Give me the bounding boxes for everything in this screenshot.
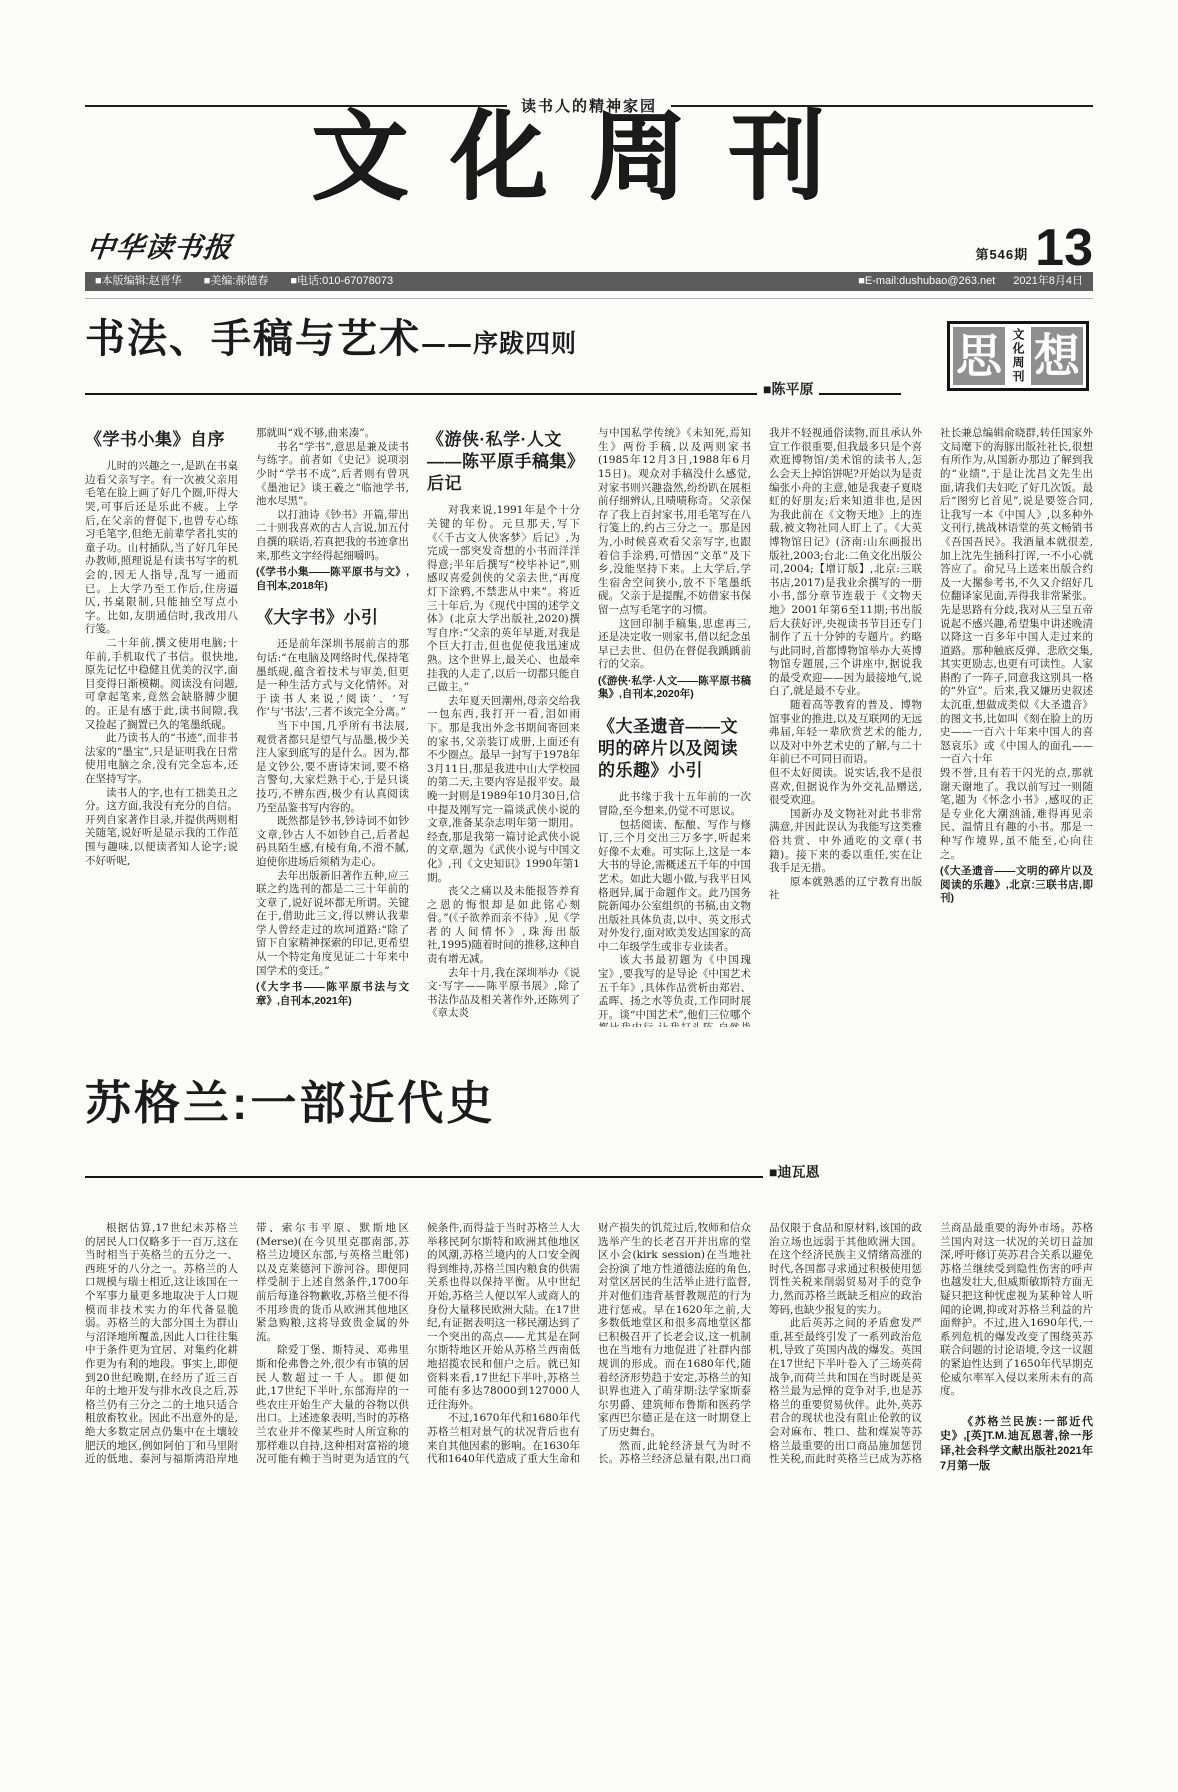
article-paragraph: 随着高等教育的普及、博物馆事业的推进,以及互联网的无远弗届,年轻一辈欣赏艺术的能… — [769, 699, 922, 767]
book-citation: (《游侠·私学·人文——陈平原书稿集》,自刊本,2020年) — [598, 675, 751, 702]
book-citation: (《大圣遗音——文明的碎片以及阅读的乐趣》,北京:三联书店,即刊) — [940, 865, 1093, 906]
info-bar-left: ■本版编辑:赵晋华 ■美编:郝德春 ■电话:010-67078073 — [95, 275, 393, 288]
headline-rule-tail — [819, 375, 901, 395]
article-calligraphy: 书法、手稿与艺术——序跋四则 思 文化周刊 想 ■陈平原 《学书小集》自序儿时的… — [85, 315, 1093, 1027]
newspaper-page: 读书人的精神家园 文化周刊 中华读书报 第546期 13 ■本版编辑:赵晋华 ■… — [0, 0, 1178, 1792]
article-paragraph: 此乃读书人的“书迹”,而非书法家的“墨宝”,只是证明我在日常使用电脑之余,没有完… — [85, 732, 238, 786]
issue-block: 第546期 13 — [975, 227, 1093, 270]
book-citation: (《学书小集——陈平原书与文》,自刊本,2018年) — [256, 566, 409, 593]
badge-char-left: 思 — [953, 327, 1005, 385]
article-paragraph: 去年出版新旧著作五种,应三联之约选刊的都是二三十年前的文章了,说好说坏都无所谓。… — [256, 870, 409, 979]
article-paragraph: 儿时的兴趣之一,是趴在书桌边看父亲写字。有一次被父亲用毛笔在脸上画了好几个圈,吓… — [85, 460, 238, 637]
badge-vertical-wrap: 文化周刊 — [1007, 327, 1029, 385]
section-heading: 《学书小集》自序 — [85, 429, 238, 451]
article-columns: 《学书小集》自序儿时的兴趣之一,是趴在书桌边看父亲写字。有一次被父亲用毛笔在脸上… — [85, 427, 1093, 1027]
byline-rule-top: ■陈平原 — [85, 377, 1093, 395]
book-citation: 《苏格兰民族:一部近代史》,[英]T.M.迪瓦恩著,徐一彤译,社会科学文献出版社… — [940, 1415, 1093, 1473]
headline-rule — [85, 375, 757, 395]
article-paragraph: 社长兼总编辑俞晓群,转任国家外文局麾下的海豚出版社社长,很想有所作为,从国新办那… — [940, 427, 1093, 767]
section-heading: 《游侠·私学·人文——陈平原手稿集》后记 — [427, 429, 580, 495]
article-paragraph: 原本就熟悉的辽宁教育出版社 — [769, 876, 922, 903]
author-byline: ■迪瓦恩 — [763, 1165, 825, 1179]
article-column: 与中国私学传统》《未知死,焉知生》两份手稿,以及两则家书(1985年12月3日,… — [598, 427, 751, 1027]
info-bar: ■本版编辑:赵晋华 ■美编:郝德春 ■电话:010-67078073 ■E-ma… — [85, 272, 1093, 291]
article-paragraph: 与中国私学传统》《未知死,焉知生》两份手稿,以及两则家书(1985年12月3日,… — [598, 427, 751, 617]
article-title: 苏格兰:一部近代史 — [85, 1077, 1093, 1130]
author-byline: ■陈平原 — [757, 382, 819, 396]
email-info: ■E-mail:dushubao@263.net — [858, 275, 995, 288]
article-paragraph: 丧父之痛以及未能报答养育之恩的悔恨却是如此铭心刻骨。”(《子欲养而亲不待》,见《… — [427, 885, 580, 967]
book-citation: (《大字书——陈平原书法与文章》,自刊本,2021年) — [256, 981, 409, 1008]
page-divider — [85, 298, 1093, 299]
article-column: 我并不轻视通俗读物,而且承认外宣工作很重要,但我最多只是个喜欢逛博物馆/美术馆的… — [769, 427, 922, 1027]
section-heading: 《大圣遗音——文明的碎片以及阅读的乐趣》小引 — [598, 716, 751, 782]
article-paragraph: 当下中国,几乎所有书法展,观赏者都只是望气与品墨,极少关注人家到底写的是什么。因… — [256, 720, 409, 815]
article-paragraph: 该大书最初题为《中国瑰宝》,要我写的是导论《中国艺术五千年》,具体作品赏析由郑岩… — [598, 954, 751, 1027]
article-paragraph: 书名“学书”,意思是兼及读书与练字。前者如《史记》说项羽少时“学书不成”,后者则… — [256, 441, 409, 509]
article-paragraph: 读书人的字,也有工拙美丑之分。这方面,我没有充分的自信。开列自家著作目录,并提供… — [85, 787, 238, 869]
article-paragraph: 这回印制手稿集,思虑再三,还是决定收一则家书,借以纪念虽早已去世、但仍在督促我踽… — [598, 618, 751, 672]
article-column: 《游侠·私学·人文——陈平原手稿集》后记对我来说,1991年是个十分关键的年份。… — [427, 427, 580, 1027]
article-paragraph: 以打油诗《钞书》开篇,带出二十则我喜欢的古人言说,加五付自撰的联语,若真把我的书… — [256, 509, 409, 563]
article-column: 《学书小集》自序儿时的兴趣之一,是趴在书桌边看父亲写字。有一次被父亲用毛笔在脸上… — [85, 427, 238, 1027]
article-paragraph: 我并不轻视通俗读物,而且承认外宣工作很重要,但我最多只是个喜欢逛博物馆/美术馆的… — [769, 427, 922, 699]
page-number: 13 — [1035, 227, 1093, 270]
section-heading: 《大字书》小引 — [256, 607, 409, 629]
article-paragraph: 但不太好阅读。说实话,我不是很喜欢,但据说作为外交礼品赠送,很受欢迎。 — [769, 767, 922, 808]
article-column: 那就叫“戏不够,曲来凑”。书名“学书”,意思是兼及读书与练字。前者如《史记》说项… — [256, 427, 409, 1027]
article-paragraph: 去年夏天回潮州,母亲交给我一包东西,我打开一看,泪如雨下。那是我出外念书期间寄回… — [427, 695, 580, 885]
article-paragraph: 二十年前,撰文使用电脑;十年前,手机取代了书信。很快地,原先记忆中稳健且优美的汉… — [85, 637, 238, 732]
article-paragraph: 那就叫“戏不够,曲来凑”。 — [256, 427, 409, 441]
article-column: 社长兼总编辑俞晓群,转任国家外文局麾下的海豚出版社社长,很想有所作为,从国新办那… — [940, 427, 1093, 1027]
article-paragraph: 对我来说,1991年是个十分关键的年份。元旦那天,写下《〈千古文人侠客梦〉后记》… — [427, 504, 580, 694]
article-paragraph: 国新办及文物社对此书非常满意,并因此误认为我能写这类雅俗共赏、中外通吃的文章(书… — [769, 808, 922, 876]
article-subtitle: ——序跋四则 — [421, 329, 577, 358]
headline-row: 书法、手稿与艺术——序跋四则 — [85, 315, 1093, 377]
badge-char-right: 想 — [1031, 327, 1083, 385]
headline-rule — [85, 1158, 763, 1178]
article-title: 书法、手稿与艺术 — [85, 315, 421, 362]
article-paragraph: 包括阅读、酝酿、写作与修订,三个月交出三万多字,听起来好像不太难。可实际上,这是… — [598, 819, 751, 955]
article-columns: 根据估算,17世纪末苏格兰的居民人口仅略多于一百万,这在当时相当于英格兰的五分之… — [85, 1222, 1093, 1690]
editor-info: ■本版编辑:赵晋华 — [95, 275, 182, 288]
article-paragraph: 既然都是钞书,钞诗词不如钞文章,钞古人不如钞自己,后者起码具陌生感,有棱有角,不… — [256, 815, 409, 869]
article-paragraph: 此书缘于我十五年前的一次冒险,至今想来,仍觉不可思议。 — [598, 791, 751, 818]
article-paragraph: 去年十月,我在深圳举办《说文·写字——陈平原书展》,除了书法作品及相关著作外,还… — [427, 967, 580, 1021]
masthead-row: 文化周刊 中华读书报 第546期 13 — [85, 118, 1093, 254]
byline-rule-bottom: ■迪瓦恩 — [85, 1160, 1093, 1178]
article-paragraph: 毁不誉,且有若干闪光的点,那就谢天谢地了。我以前写过一则随笔,题为《怀念小书》,… — [940, 767, 1093, 862]
phone-info: ■电话:010-67078073 — [290, 275, 393, 288]
thought-badge: 思 文化周刊 想 — [947, 321, 1089, 391]
issue-number: 第546期 — [975, 248, 1028, 261]
article-paragraph: 还是前年深圳书展前言的那句话:“在电脑及网络时代,保持笔墨纸砚,蕴含着技术与审美… — [256, 638, 409, 720]
badge-vertical-label: 文化周刊 — [1012, 328, 1024, 384]
article-scotland: 苏格兰:一部近代史 ■迪瓦恩 根据估算,17世纪末苏格兰的居民人口仅略多于一百万… — [85, 1077, 1093, 1690]
masthead-title: 文化周刊 — [311, 106, 867, 208]
designer-info: ■美编:郝德春 — [204, 275, 269, 288]
newspaper-logo: 中华读书报 — [86, 234, 234, 262]
